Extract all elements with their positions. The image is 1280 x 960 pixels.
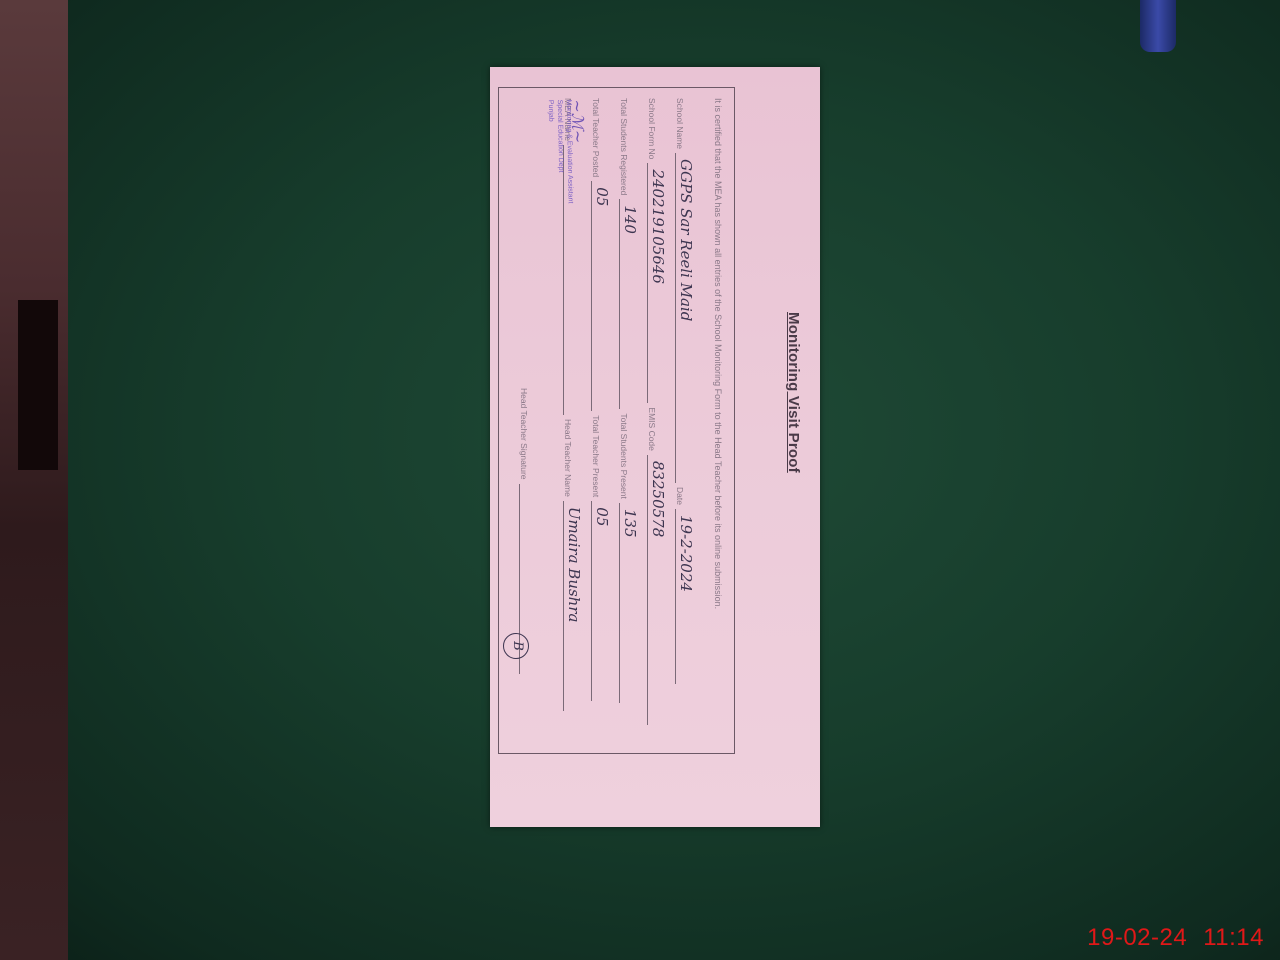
camera-timestamp: 19-02-2411:14 xyxy=(1087,924,1264,952)
emis-code-label: EMIS Code xyxy=(647,407,657,450)
mea-stamp: ~ℳ~ Monitoring & Evaluation Assistant Sp… xyxy=(502,99,586,340)
emis-code-value: 83250578 xyxy=(649,461,667,537)
timestamp-time: 11:14 xyxy=(1203,924,1264,951)
slip-title: Monitoring Visit Proof xyxy=(785,312,802,473)
teachers-posted-value: 05 xyxy=(593,187,611,206)
head-teacher-signature: B xyxy=(503,633,529,659)
school-form-value: 240219105646 xyxy=(649,169,667,284)
date-label: Date xyxy=(675,487,685,505)
row-school-form: School Form No 240219105646 EMIS Code 83… xyxy=(647,98,662,729)
teachers-present-label: Total Teacher Present xyxy=(591,415,601,497)
students-present-value: 135 xyxy=(621,509,639,538)
pen-cap xyxy=(1140,0,1176,52)
students-present-label: Total Students Present xyxy=(619,413,629,499)
head-teacher-signature-label: Head Teacher Signature xyxy=(519,388,529,480)
row-school-name: School Name GGPS Sar Reeli Maid Date 19-… xyxy=(675,98,690,688)
timestamp-date: 19-02-24 xyxy=(1087,924,1187,951)
background-cloth xyxy=(0,0,68,960)
students-registered-value: 140 xyxy=(621,205,639,234)
school-form-label: School Form No xyxy=(647,98,657,159)
form-box: It is certified that the MEA has shown a… xyxy=(498,87,735,754)
teachers-posted-label: Total Teacher Posted xyxy=(591,98,601,177)
monitoring-slip: Monitoring Visit Proof It is certified t… xyxy=(490,67,820,827)
row-teachers: Total Teacher Posted 05 Total Teacher Pr… xyxy=(591,98,606,705)
students-registered-label: Total Students Registered xyxy=(619,98,629,195)
cloth-shadow xyxy=(18,300,58,470)
date-value: 19-2-2024 xyxy=(677,515,695,592)
certification-text: It is certified that the MEA has shown a… xyxy=(710,98,726,738)
head-teacher-name-label: Head Teacher Name xyxy=(563,419,573,497)
teachers-present-value: 05 xyxy=(593,507,611,526)
row-students: Total Students Registered 140 Total Stud… xyxy=(619,98,634,707)
school-name-label: School Name xyxy=(675,98,685,149)
school-name-value: GGPS Sar Reeli Maid xyxy=(677,159,695,321)
head-teacher-name-value: Umaira Bushra xyxy=(565,507,583,623)
